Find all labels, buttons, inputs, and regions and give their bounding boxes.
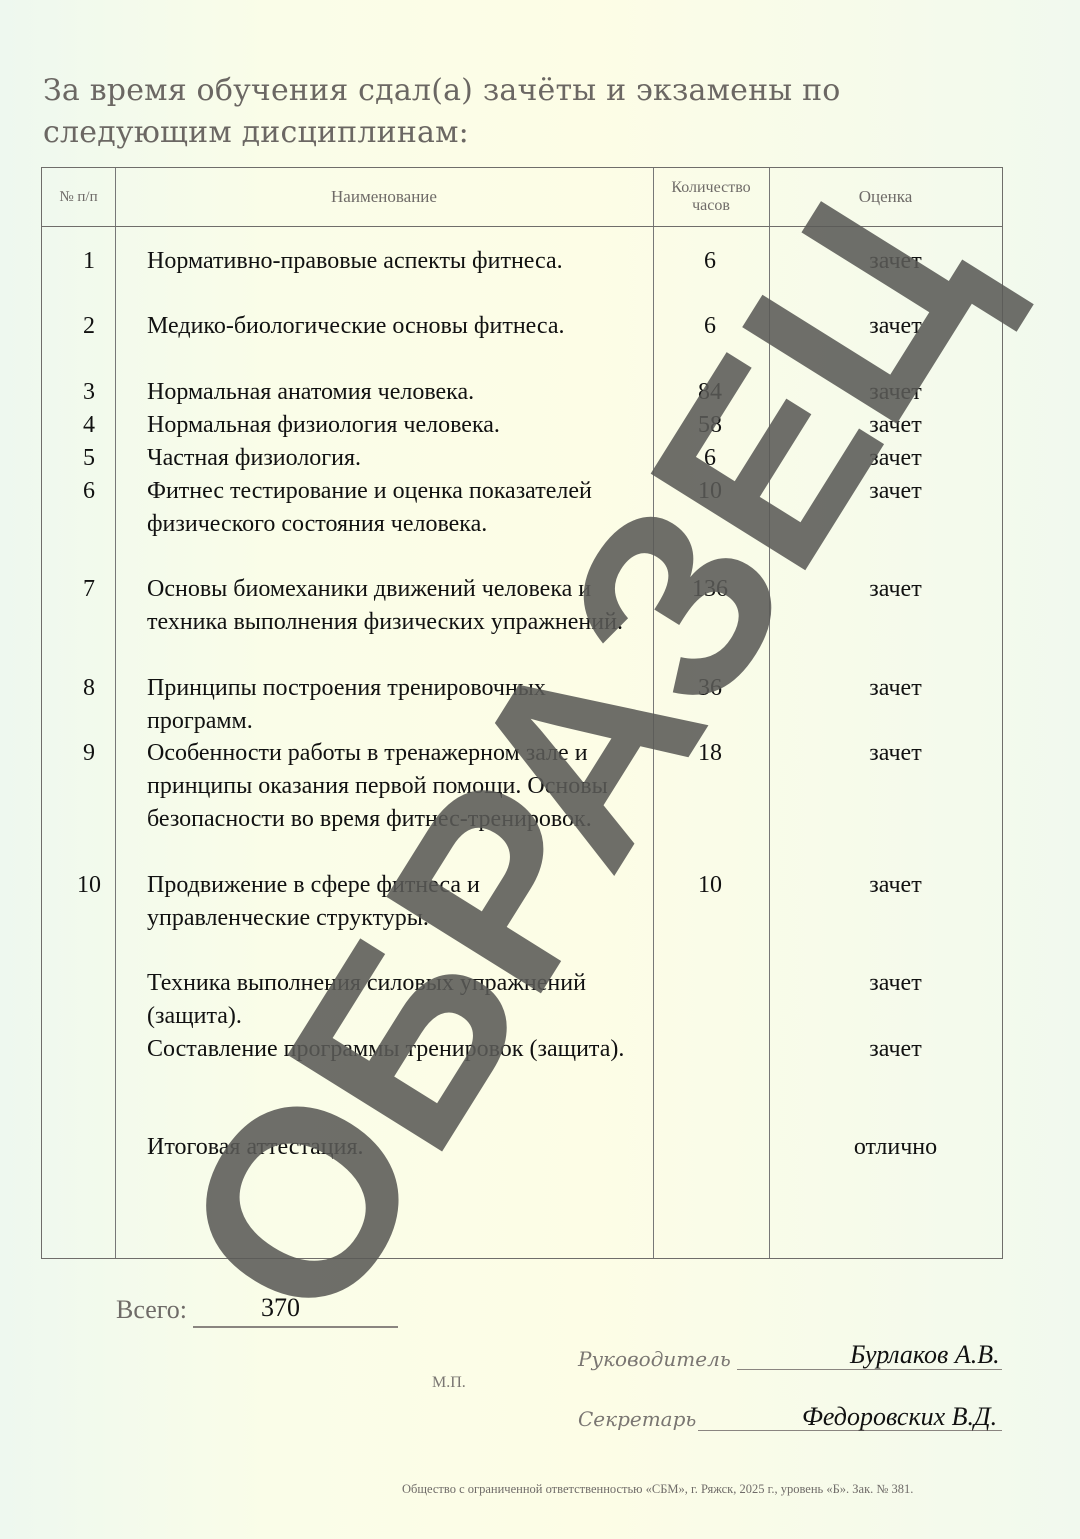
row-discipline: Продвижение в сфере фитнеса и управленче… [147,869,647,935]
row-hours: 10 [652,869,768,902]
row-discipline: Техника выполнения силовых упражнений (з… [147,967,647,1033]
header-hours: Количество часов [653,168,769,226]
row-hours: 58 [652,409,768,442]
row-grade: отлично [768,1131,1023,1164]
header-num: № п/п [42,168,115,226]
stamp-place-label: М.П. [432,1374,466,1392]
row-grade: зачет [768,310,1023,343]
row-number: 7 [41,573,137,606]
row-hours: 36 [652,672,768,705]
secretary-name: Федоровских В.Д. [802,1402,997,1432]
row-hours: 10 [652,475,768,508]
row-grade: зачет [768,573,1023,606]
row-hours: 6 [652,310,768,343]
row-grade: зачет [768,475,1023,508]
row-grade: зачет [768,737,1023,770]
row-number: 5 [41,442,137,475]
row-discipline: Нормативно-правовые аспекты фитнеса. [147,245,647,278]
director-label: Руководитель [578,1347,731,1371]
printer-footer: Общество с ограниченной ответственностью… [402,1482,913,1497]
row-discipline: Составление программы тренировок (защита… [147,1033,647,1066]
row-number: 3 [41,376,137,409]
row-number: 9 [41,737,137,770]
row-discipline: Нормальная анатомия человека. [147,376,647,409]
row-number: 8 [41,672,137,705]
row-grade: зачет [768,409,1023,442]
row-hours: 84 [652,376,768,409]
row-number: 2 [41,310,137,343]
total-label: Всего: [116,1295,187,1325]
row-discipline: Медико-биологические основы фитнеса. [147,310,647,343]
row-discipline: Итоговая аттестация. [147,1131,647,1164]
header-divider [42,226,1002,227]
row-hours: 136 [652,573,768,606]
row-discipline: Нормальная физиология человека. [147,409,647,442]
secretary-label: Секретарь [578,1407,696,1431]
total-value: 370 [261,1293,300,1323]
row-discipline: Особенности работы в тренажерном зале и … [147,737,647,836]
row-grade: зачет [768,967,1023,1000]
total-underline [193,1326,398,1328]
row-grade: зачет [768,869,1023,902]
row-number: 10 [41,869,137,902]
page-heading: За время обучения сдал(а) зачёты и экзам… [43,70,1033,154]
row-hours: 6 [652,442,768,475]
row-number: 1 [41,245,137,278]
row-grade: зачет [768,442,1023,475]
row-grade: зачет [768,245,1023,278]
row-number: 4 [41,409,137,442]
director-name: Бурлаков А.В. [850,1340,1000,1370]
header-name: Наименование [115,168,653,226]
row-discipline: Частная физиология. [147,442,647,475]
row-hours: 6 [652,245,768,278]
row-discipline: Основы биомеханики движений человека и т… [147,573,647,639]
header-grade: Оценка [769,168,1002,226]
row-hours: 18 [652,737,768,770]
row-grade: зачет [768,376,1023,409]
row-grade: зачет [768,1033,1023,1066]
row-discipline: Фитнес тестирование и оценка показателей… [147,475,647,541]
row-grade: зачет [768,672,1023,705]
row-discipline: Принципы построения тренировочных програ… [147,672,647,738]
row-number: 6 [41,475,137,508]
